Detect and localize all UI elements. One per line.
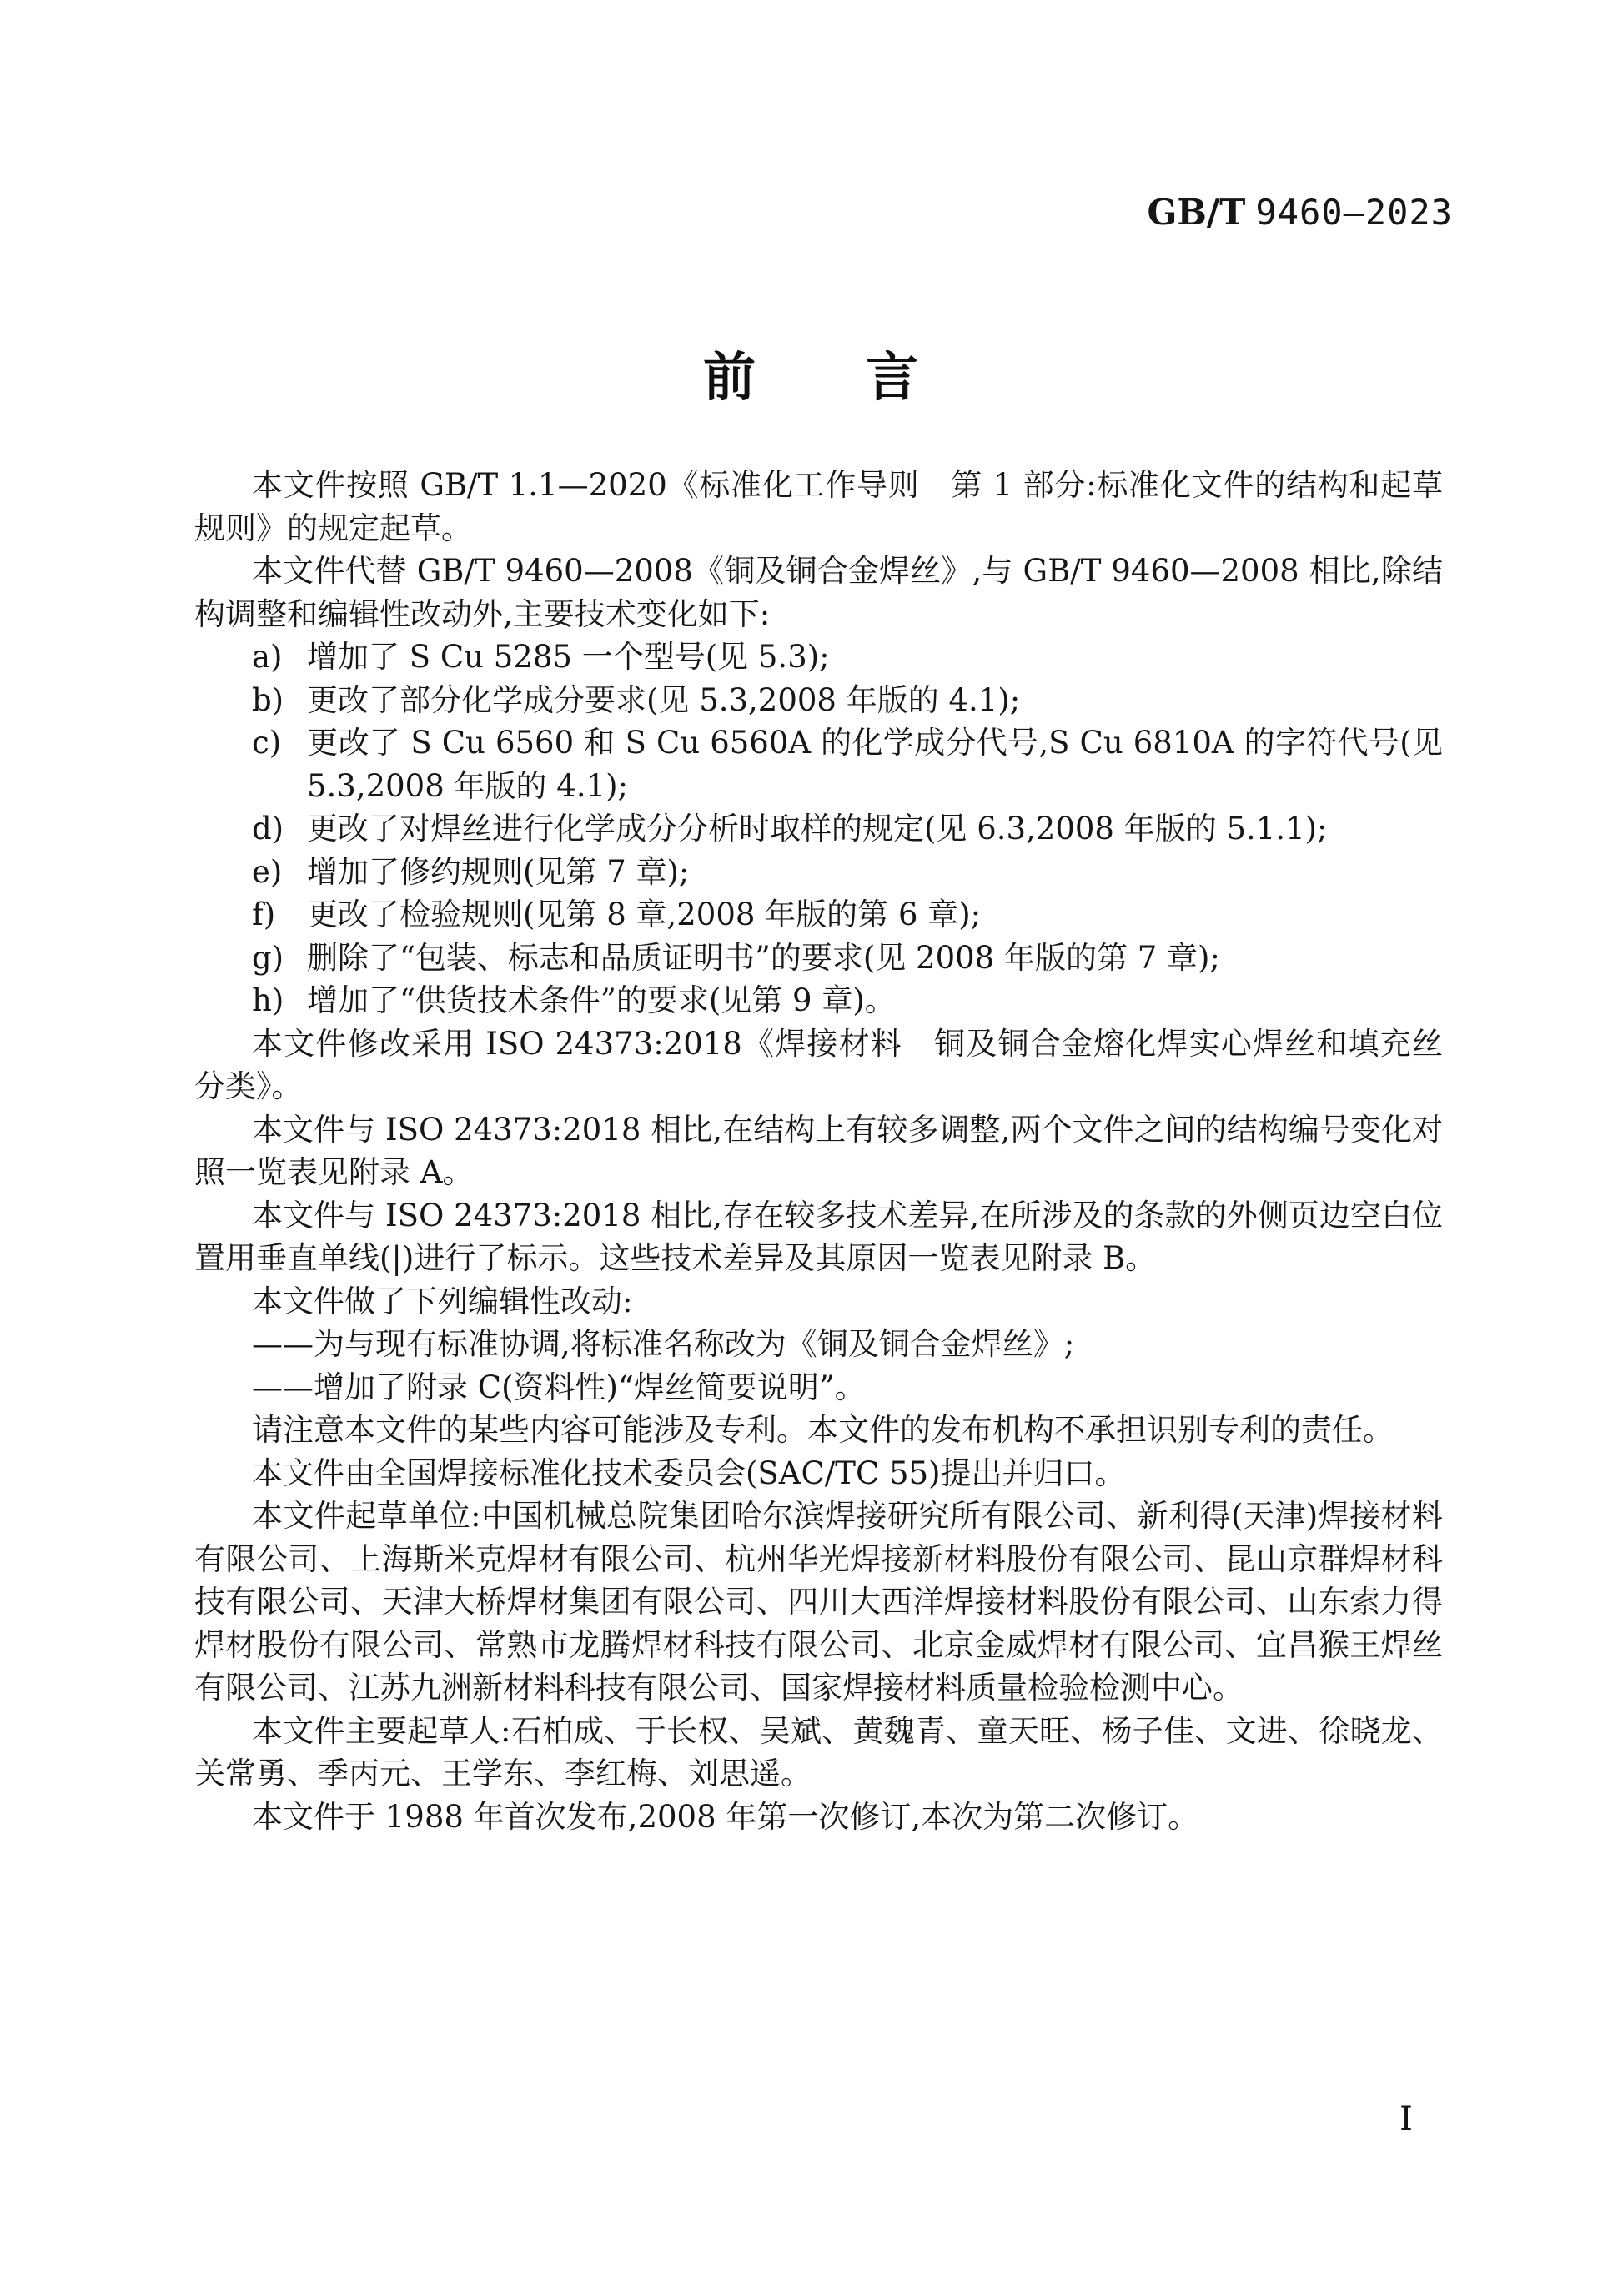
list-item-label: h) xyxy=(252,979,307,1022)
list-item-label: e) xyxy=(252,851,307,894)
page-number: I xyxy=(1373,2100,1440,2138)
list-item-label: d) xyxy=(252,807,307,851)
list-item-text: 增加了修约规则(见第 7 章); xyxy=(307,854,689,890)
standard-number-header: GB/T9460—2023 xyxy=(1147,193,1453,232)
list-item-label: f) xyxy=(252,893,307,937)
list-item: e)增加了修约规则(见第 7 章); xyxy=(194,851,1443,894)
foreword-paragraph-committee: 本文件由全国焊接标准化技术委员会(SAC/TC 55)提出并归口。 xyxy=(194,1452,1443,1495)
foreword-content: 本文件按照 GB/T 1.1—2020《标准化工作导则 第 1 部分:标准化文件… xyxy=(194,464,1443,1838)
list-item-text: 增加了“供货技术条件”的要求(见第 9 章)。 xyxy=(307,982,896,1018)
list-item-text: 更改了部分化学成分要求(见 5.3,2008 年版的 4.1); xyxy=(307,682,1020,718)
foreword-paragraph-drafting-organizations: 本文件起草单位:中国机械总院集团哈尔滨焊接研究所有限公司、新利得(天津)焊接材料… xyxy=(194,1495,1443,1710)
editorial-change-item: ——为与现有标准协调,将标准名称改为《铜及铜合金焊丝》; xyxy=(194,1323,1443,1366)
foreword-paragraph-main-drafters: 本文件主要起草人:石柏成、于长权、吴斌、黄魏青、童天旺、杨子佳、文进、徐晓龙、关… xyxy=(194,1710,1443,1796)
document-page: GB/T9460—2023 前 言 本文件按照 GB/T 1.1—2020《标准… xyxy=(0,0,1623,2296)
list-item-text: 更改了 S Cu 6560 和 S Cu 6560A 的化学成分代号,S Cu … xyxy=(307,725,1443,804)
foreword-paragraph-revision-history: 本文件于 1988 年首次发布,2008 年第一次修订,本次为第二次修订。 xyxy=(194,1796,1443,1839)
list-item: f)更改了检验规则(见第 8 章,2008 年版的第 6 章); xyxy=(194,893,1443,937)
technical-changes-list: a)增加了 S Cu 5285 一个型号(见 5.3); b)更改了部分化学成分… xyxy=(194,636,1443,1022)
list-item-label: c) xyxy=(252,721,307,765)
foreword-paragraph-technical-differences: 本文件与 ISO 24373:2018 相比,存在较多技术差异,在所涉及的条款的… xyxy=(194,1194,1443,1280)
foreword-paragraph-iso-adoption: 本文件修改采用 ISO 24373:2018《焊接材料 铜及铜合金熔化焊实心焊丝… xyxy=(194,1022,1443,1108)
foreword-paragraph-editorial-intro: 本文件做了下列编辑性改动: xyxy=(194,1280,1443,1324)
standard-code: GB/T xyxy=(1147,192,1245,233)
list-item-text: 更改了对焊丝进行化学成分分析时取样的规定(见 6.3,2008 年版的 5.1.… xyxy=(307,811,1328,847)
list-item-text: 更改了检验规则(见第 8 章,2008 年版的第 6 章); xyxy=(307,897,981,932)
list-item: h)增加了“供货技术条件”的要求(见第 9 章)。 xyxy=(194,979,1443,1022)
list-item: d)更改了对焊丝进行化学成分分析时取样的规定(见 6.3,2008 年版的 5.… xyxy=(194,807,1443,851)
foreword-paragraph-patent-notice: 请注意本文件的某些内容可能涉及专利。本文件的发布机构不承担识别专利的责任。 xyxy=(194,1409,1443,1452)
editorial-change-item: ——增加了附录 C(资料性)“焊丝简要说明”。 xyxy=(194,1366,1443,1409)
foreword-paragraph-structure-comparison: 本文件与 ISO 24373:2018 相比,在结构上有较多调整,两个文件之间的… xyxy=(194,1108,1443,1194)
list-item: b)更改了部分化学成分要求(见 5.3,2008 年版的 4.1); xyxy=(194,679,1443,722)
foreword-paragraph-drafting-rules: 本文件按照 GB/T 1.1—2020《标准化工作导则 第 1 部分:标准化文件… xyxy=(194,464,1443,550)
foreword-paragraph-replaces: 本文件代替 GB/T 9460—2008《铜及铜合金焊丝》,与 GB/T 946… xyxy=(194,550,1443,636)
list-item: c)更改了 S Cu 6560 和 S Cu 6560A 的化学成分代号,S C… xyxy=(194,721,1443,807)
list-item-label: g) xyxy=(252,937,307,980)
standard-year-number: 9460—2023 xyxy=(1255,192,1453,233)
list-item-text: 删除了“包装、标志和品质证明书”的要求(见 2008 年版的第 7 章); xyxy=(307,940,1220,976)
page-title: 前 言 xyxy=(0,335,1623,411)
list-item-text: 增加了 S Cu 5285 一个型号(见 5.3); xyxy=(307,639,830,675)
list-item: g)删除了“包装、标志和品质证明书”的要求(见 2008 年版的第 7 章); xyxy=(194,937,1443,980)
list-item: a)增加了 S Cu 5285 一个型号(见 5.3); xyxy=(194,636,1443,679)
list-item-label: a) xyxy=(252,636,307,679)
list-item-label: b) xyxy=(252,679,307,722)
